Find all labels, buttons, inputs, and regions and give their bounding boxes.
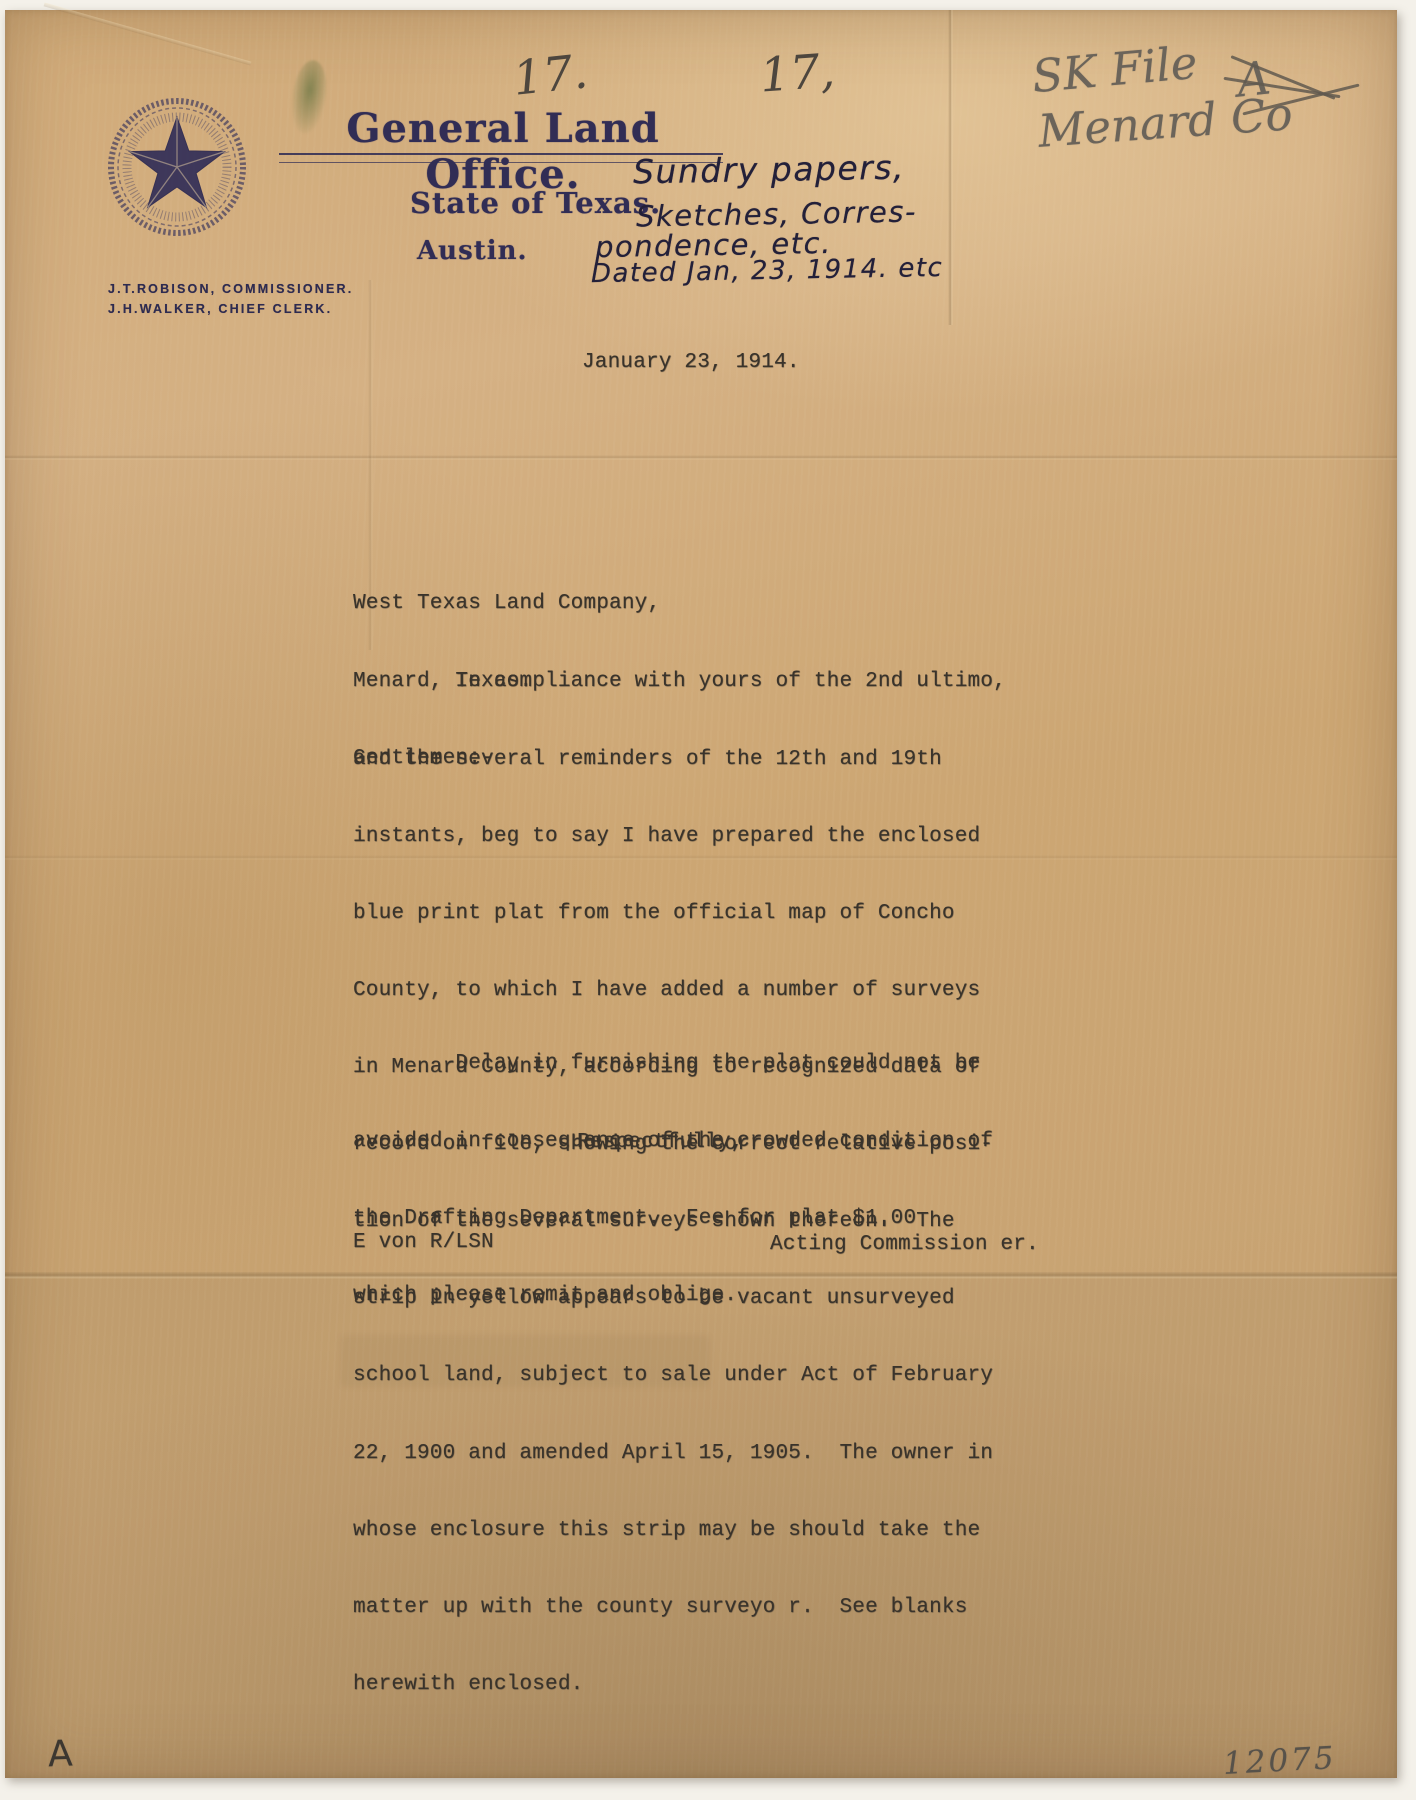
recipient-line: West Texas Land Company,	[353, 591, 660, 617]
typed-line: instants, beg to say I have prepared the…	[353, 824, 1006, 850]
typed-line: school land, subject to sale under Act o…	[353, 1363, 1006, 1389]
corner-crease	[44, 2, 252, 65]
typed-line: herewith enclosed.	[353, 1672, 1006, 1698]
archival-number: 12075	[1222, 1740, 1337, 1782]
letterhead-commissioner: J.T.ROBISON, COMMISSIONER.	[108, 282, 353, 296]
typed-line: In compliance with yours of the 2nd ulti…	[353, 669, 1006, 695]
letter-date: January 23, 1914.	[582, 350, 800, 376]
ink-note-line: Sundry papers,	[633, 148, 906, 192]
letter-paragraph-2: Delay in furnishing the plat could not b…	[353, 1000, 993, 1360]
texas-star-seal-icon	[102, 92, 252, 242]
typed-line: 22, 1900 and amended April 15, 1905. The…	[353, 1441, 1006, 1467]
letter-closing: Respectfully,	[577, 1130, 743, 1156]
scanned-letter-page: General Land Office. State of Texas. Aus…	[5, 10, 1397, 1778]
typed-line: and the several reminders of the 12th an…	[353, 747, 1006, 773]
handwritten-file-number-left: 17.	[510, 44, 590, 107]
archival-mark-a: A	[47, 1734, 73, 1776]
typed-line: matter up with the county surveyo r. See…	[353, 1595, 1006, 1621]
fold-crease-horizontal	[5, 455, 1397, 460]
letterhead-chief-clerk: J.H.WALKER, CHIEF CLERK.	[108, 302, 332, 316]
signature-title: Acting Commission er.	[770, 1232, 1039, 1258]
fold-crease-vertical	[948, 10, 953, 325]
typed-line: Delay in furnishing the plat could not b…	[353, 1051, 993, 1077]
typed-line: the Drafting Department. Fee for plat $1…	[353, 1206, 993, 1232]
ink-note-line: Dated Jan, 23, 1914. etc	[591, 253, 944, 289]
typed-line: blue print plat from the official map of…	[353, 901, 1006, 927]
handwritten-file-number-right: 17,	[758, 43, 836, 103]
typed-line: whose enclosure this strip may be should…	[353, 1518, 1006, 1544]
letterhead-state: State of Texas.	[410, 186, 661, 220]
typed-line: which please remit and oblige.	[353, 1283, 993, 1309]
typist-initials: E von R/LSN	[353, 1230, 494, 1256]
pencil-note-sk-file: SK File	[1030, 36, 1199, 103]
letterhead-city: Austin.	[417, 236, 528, 266]
